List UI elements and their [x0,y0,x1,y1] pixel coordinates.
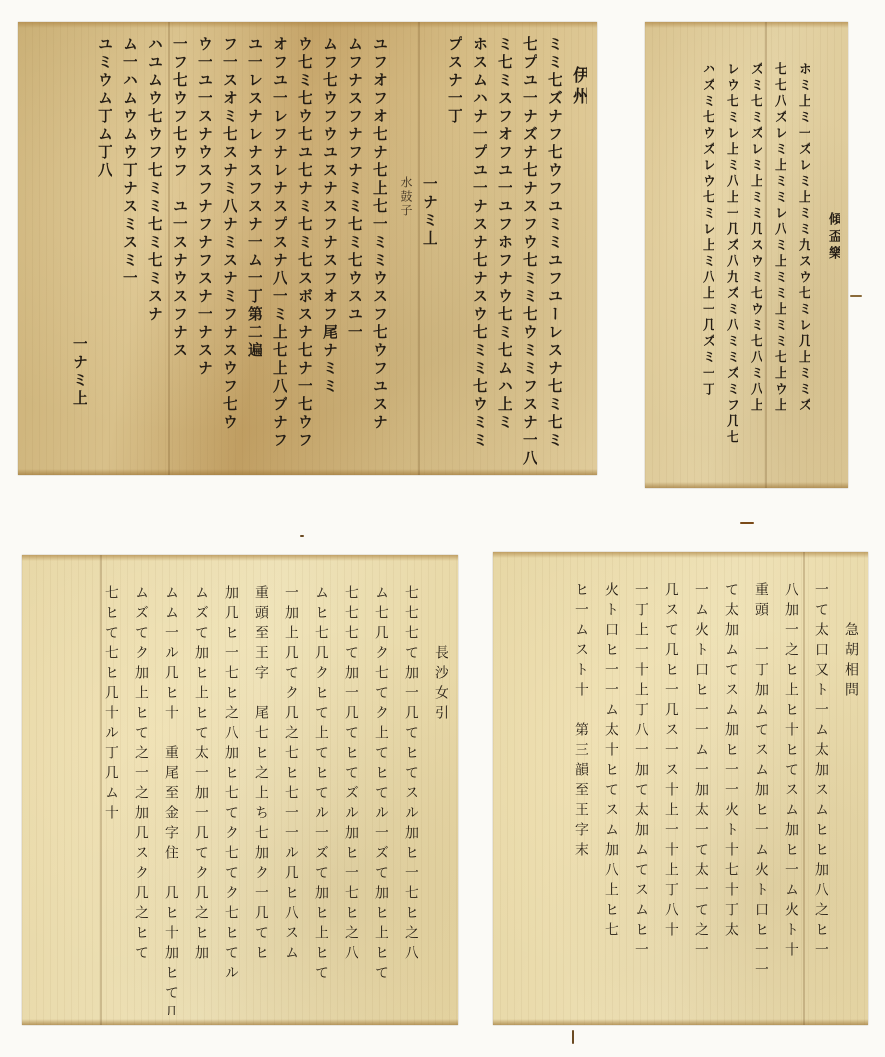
manuscript-fragment-yizhou: 伊州 ミミ七ズナフ七ウフユミミユフユーレスナ七ミ七ミ 七プユ一ナズナ七ナスフウ七… [18,22,597,475]
notation-column: ホスムハナ一プユ一ナスナ七ナスウ七ミミ七ウミミ [462,36,487,465]
torn-edge-bottom [22,1019,458,1025]
torn-edge-top [18,22,597,28]
notation-column: ハズミ七ウズレウ七ミレ上ミ八上一几ズミ一丁 [690,62,714,478]
notation-column: 重頭至王字 尾七ヒ之上ち七加ク一几てヒ [238,585,268,1015]
paper-speck [572,1030,574,1044]
fragment-title: 伊州 [562,36,587,465]
notation-column: ムフ七ウフウユスナスフナスフオフ尾ナミミ [312,36,337,465]
notation-column: ホミ上ミ一ズレミ上ミミ九スウ七ミレ几上ミミズ [786,62,810,478]
notation-column: 一ナミ丄 [412,36,437,465]
notation-column: 加几ヒ一七ヒ之八加ヒ七てク七てク七ヒてル [208,585,238,1015]
torn-edge-top [22,555,458,561]
notation-column: 一ム火ト口ヒ一一ム一加太一て太一て之一 [678,582,708,1015]
torn-edge-top [645,22,848,28]
notation-column: ムズてク加上ヒて之一之加几スク几之ヒて [118,585,148,1015]
notation-column: ムフナスフナフナミミ七ミ七ウスユ一 [337,36,362,465]
torn-edge-bottom [493,1019,868,1025]
notation-column: 一て太口又ト一ム太加スムヒヒ加八之ヒ一 [798,582,828,1015]
notation-column: ユフオフオ七ナ七上七一ミミウスフ七ウフユスナ [362,36,387,465]
fragment-title: 傾盃樂 [810,62,840,478]
notation-column: 八加一之ヒ上ヒ十ヒてスム加ヒ一ム火ト十 [768,582,798,1015]
notation-column: ハユムウ七ウフ七ミミ七ミ七ミスナ [137,36,162,465]
notation-column: ムヒ七几クヒて上てヒてル一ズて加ヒ上ヒて [298,585,328,1015]
notation-column: 一フ七ウフ七ウフ ユ一スナウスフナス [162,36,187,465]
notation-column: 七プユ一ナズナ七ナスフウ七ミミ七ウミミフスナ一八 [512,36,537,465]
notation-column: ム一ハムウムウ丁ナスミスミ一 [112,36,137,465]
notation-column: ミミ七ズナフ七ウフユミミユフユーレスナ七ミ七ミ [537,36,562,465]
fragment-title: 急胡相問 [828,582,858,1015]
section-annotation: 水鼓子 [387,36,412,465]
paper-speck [300,535,304,537]
notation-column: ユミウム丁ム丁八 [87,36,112,465]
torn-edge-top [493,552,868,558]
notation-column: ウ一ユ一スナウスフナフナフスナ一ナスナ [187,36,212,465]
notation-column: ムム一ル几ヒ十 重尾至金字住 几ヒ十加ヒて几 [148,585,178,1015]
paper-speck [740,522,754,524]
notation-column: 七ヒて七ヒ几十ル丁几ム十 [88,585,118,1015]
notation-column: ミ七ミスフオフユ一ユフホフナウ七ミ七ムハ上ミ [487,36,512,465]
notation-column: 重頭 一丁加ムてスム加ヒ一ム火ト口ヒ一一 [738,582,768,1015]
notation-column: フ一スオミ七スナミ八ナミスナミフナスウフ七ウ [212,36,237,465]
paper-speck [850,295,862,297]
notation-column: 火ト口ヒ一一ム太十ヒてスム加八上ヒ七 [588,582,618,1015]
notation-column: 七七七て加一几てヒてズル加ヒ一七ヒ之八 [328,585,358,1015]
notation-column: 一ナミ上 [62,36,87,465]
notation-column: ヒ一ムスト十 第三韻至王字末 [558,582,588,1015]
manuscript-fragment-qingbeiyue: 傾盃樂 ホミ上ミ一ズレミ上ミミ九スウ七ミレ几上ミミズ 七七八ズレミ上ミミレ八ミ上… [645,22,848,488]
notation-column: ズミ七ミズレミ上ミミ几スウミ七ウミ七八ミ八上 [738,62,762,478]
notation-column: 七七八ズレミ上ミミレ八ミ上ミミ上ミミ七上ウ上 [762,62,786,478]
notation-column: 一丁上一十上丁八一加て太加ムてスムヒ一 [618,582,648,1015]
notation-column: ムズて加ヒ上ヒて太一加一几てク几之ヒ加 [178,585,208,1015]
notation-column: 七七七て加一几てヒてスル加ヒ一七ヒ之八 [388,585,418,1015]
notation-column: 几スて几ヒ一几ス一ス十上一十上丁八十 [648,582,678,1015]
notation-column: 一加上几てク几之七ヒ七一一ル几ヒ八スム [268,585,298,1015]
notation-column: プスナ一丁 [437,36,462,465]
notation-column: ユ一レスナレナスフスナ一ム一丁第二遍 [237,36,262,465]
fragment-title: 長沙女引 [418,585,448,1015]
manuscript-fragment-changshanuyin: 長沙女引 七七七て加一几てヒてスル加ヒ一七ヒ之八 ム七几ク七てク上てヒてル一ズて… [22,555,458,1025]
notation-column: オフユ一レフナレナスプスナ八一ミ上七上八ブナフ [262,36,287,465]
torn-edge-bottom [18,469,597,475]
manuscript-fragment-jihuxiangwen: 急胡相問 一て太口又ト一ム太加スムヒヒ加八之ヒ一 八加一之ヒ上ヒ十ヒてスム加ヒ一… [493,552,868,1025]
torn-edge-bottom [645,482,848,488]
notation-column: て太加ムてスム加ヒ一一火ト十七十丁太 [708,582,738,1015]
notation-column: ウ七ミ七ウ七ユ七ナミ七ミ七スボスナ七ナ一七ウフ [287,36,312,465]
notation-column: レウ七ミレ上ミ八上一几ズ八九ズミ八ミミズミフ几七 [714,62,738,478]
notation-column: ム七几ク七てク上てヒてル一ズて加ヒ上ヒて [358,585,388,1015]
